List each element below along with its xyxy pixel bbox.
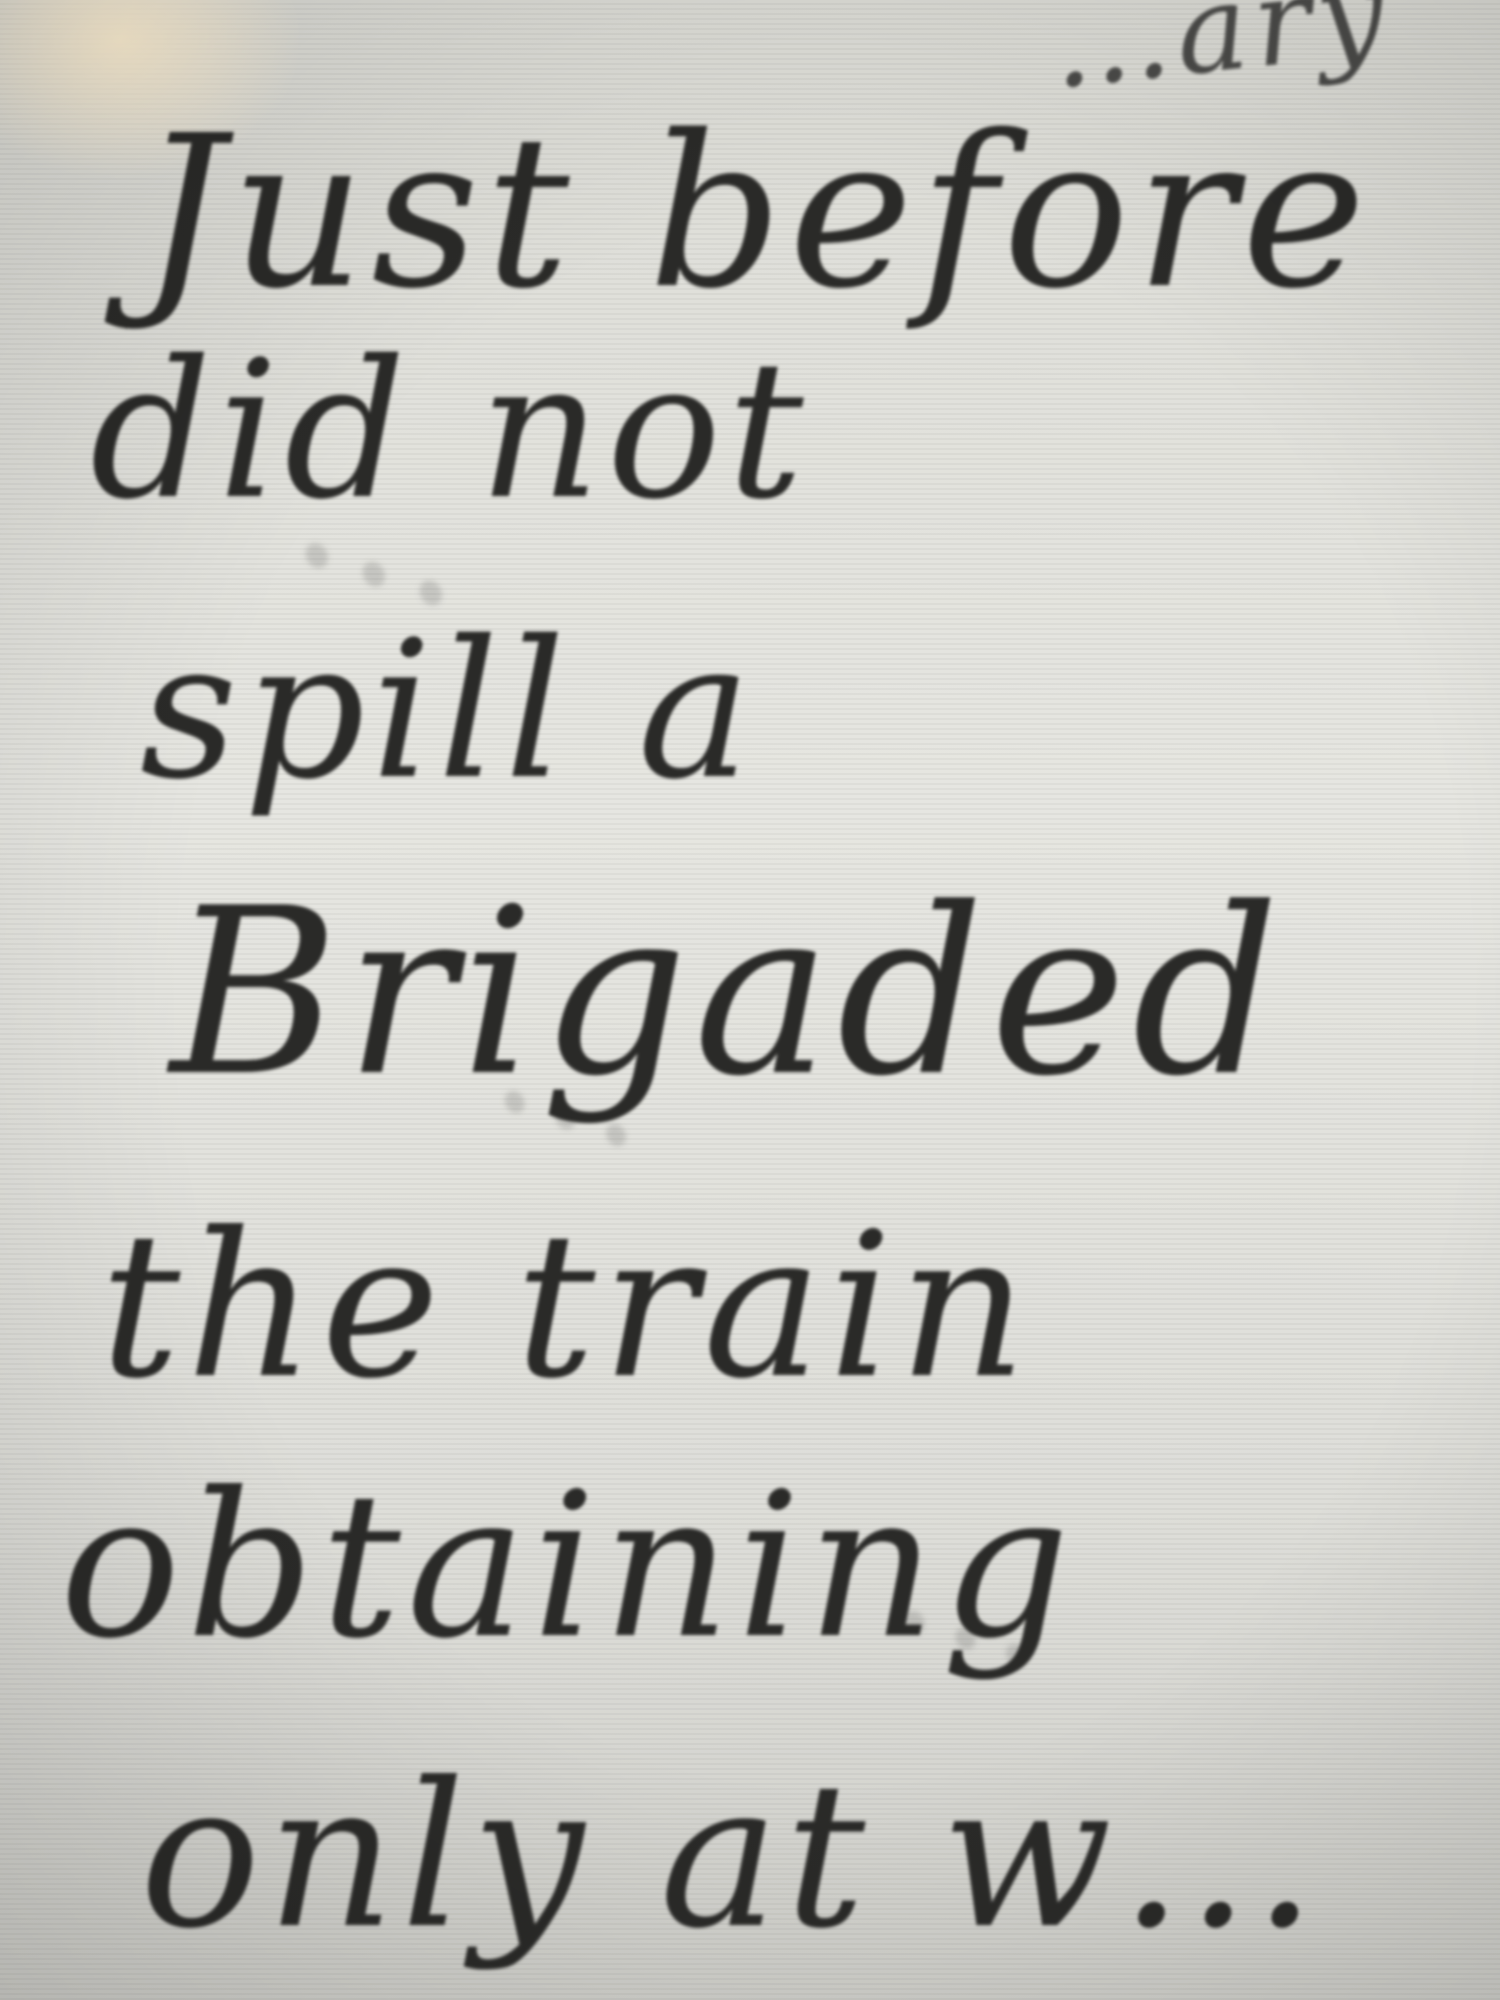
handwritten-line: Brigaded	[170, 860, 1285, 1127]
handwritten-line: spill a	[140, 600, 757, 821]
handwritten-line: Just before	[140, 90, 1372, 335]
handwritten-line: the train	[100, 1190, 1033, 1423]
handwritten-line: did not	[90, 320, 810, 541]
handwritten-line-partial-bottom: only at w…	[140, 1740, 1324, 1973]
handwritten-page: … … … …ary Just before did not spill a B…	[0, 0, 1500, 2000]
handwritten-line: obtaining	[60, 1450, 1076, 1683]
